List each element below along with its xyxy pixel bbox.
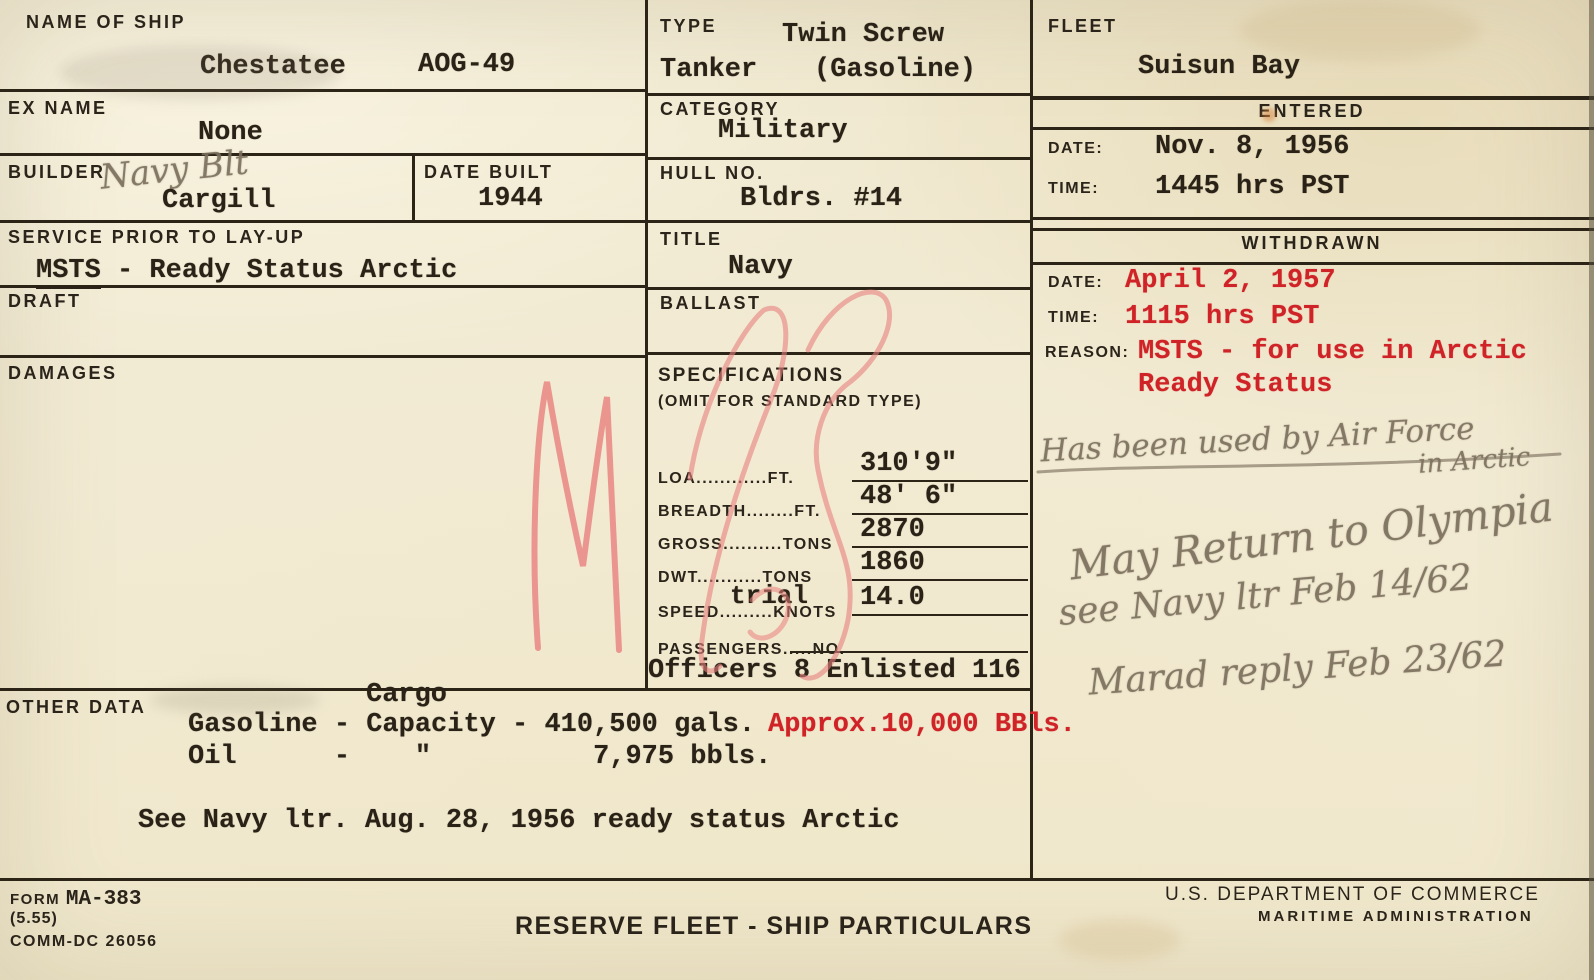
paper-stain [1240,0,1480,60]
red-pencil-scribble [690,308,786,671]
scribble-overlay [0,0,1594,980]
erased-pencil-smudge [60,45,340,100]
erased-pencil-smudge [150,686,320,714]
red-pencil-scribble [750,589,788,638]
pencil-underline [1038,454,1560,472]
red-pencil-m-mark [535,382,619,650]
paper-stain [1262,108,1276,122]
ship-particulars-card: NAME OF SHIP Chestatee AOG-49 EX NAME No… [0,0,1594,980]
paper-stain [1060,920,1180,960]
red-pencil-scribble [802,292,890,678]
